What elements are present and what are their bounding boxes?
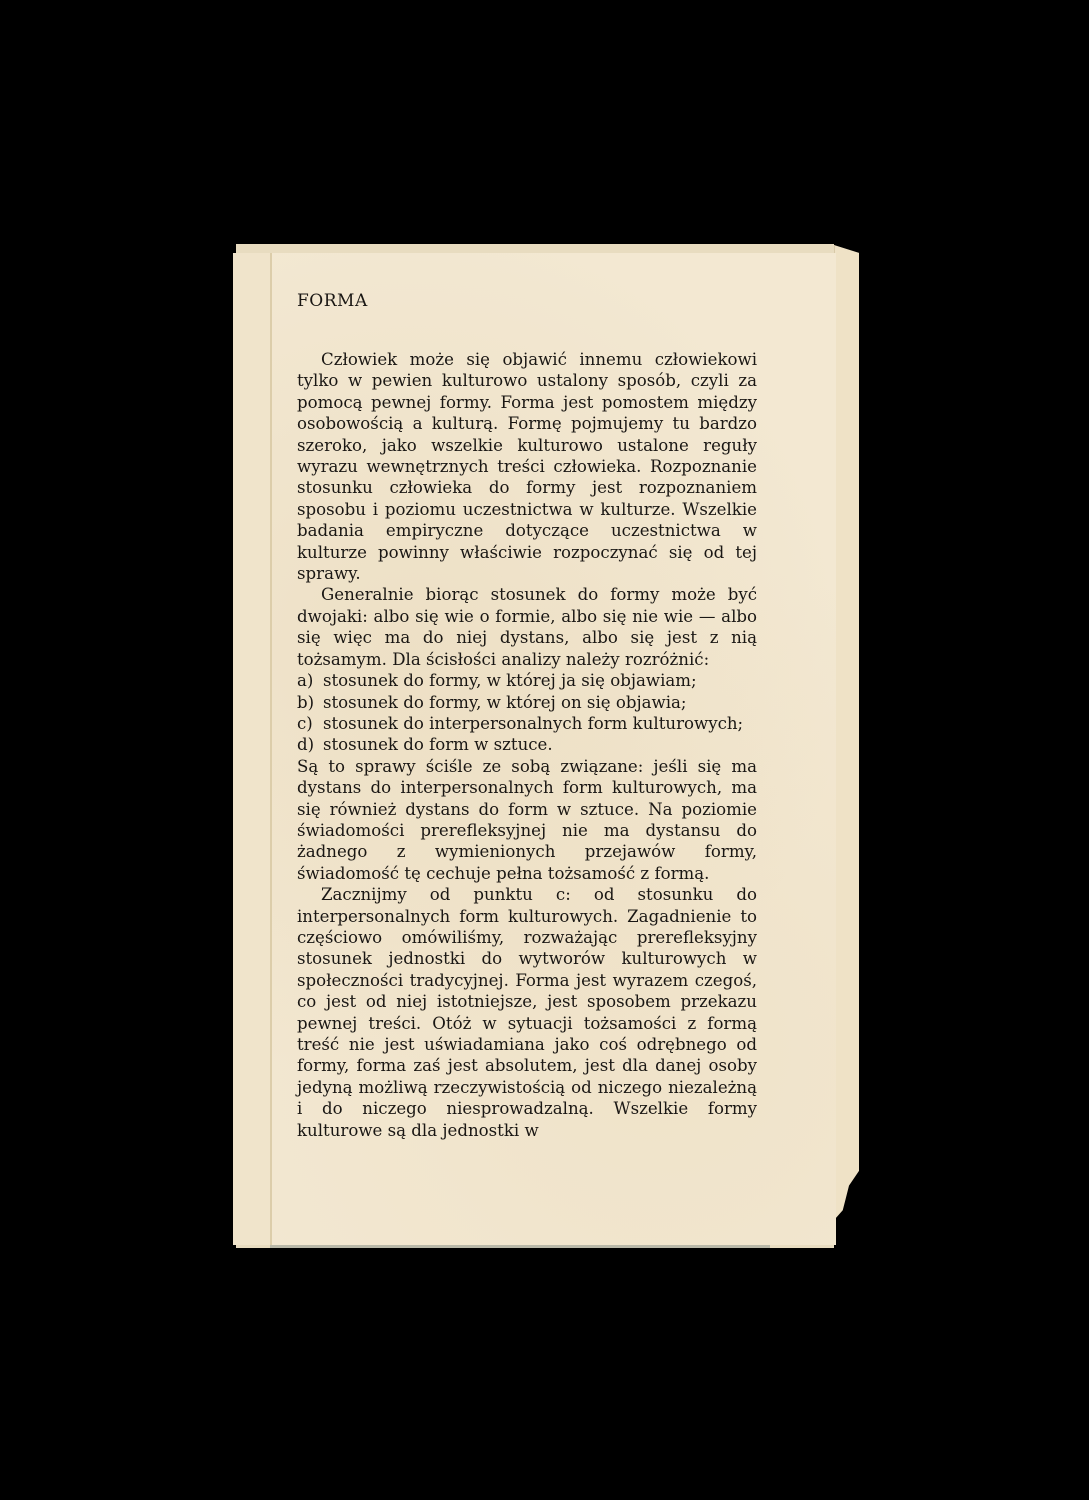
page-content: FORMA Człowiek może się objawić innemu c…	[297, 291, 757, 1141]
list-marker: c)	[297, 713, 323, 734]
list-marker: a)	[297, 670, 323, 691]
fold-strip	[233, 253, 272, 1245]
list-item-text: stosunek do formy, w której ja się objaw…	[323, 670, 757, 691]
paragraph-2: Generalnie biorąc stosunek do formy może…	[297, 584, 757, 670]
list-item-text: stosunek do interpersonalnych form kultu…	[323, 713, 757, 734]
list-item-text: stosunek do formy, w której on się objaw…	[323, 692, 757, 713]
list-marker: d)	[297, 734, 323, 755]
list-item: c) stosunek do interpersonalnych form ku…	[297, 713, 757, 734]
list-item: a) stosunek do formy, w której ja się ob…	[297, 670, 757, 691]
right-page-flap	[834, 245, 859, 1230]
list-item-text: stosunek do form w sztuce.	[323, 734, 757, 755]
paragraph-final: Zacznijmy od punktu c: od stosunku do in…	[297, 884, 757, 1141]
page-heading: FORMA	[297, 291, 757, 311]
list-item: b) stosunek do formy, w której on się ob…	[297, 692, 757, 713]
list-item: d) stosunek do form w sztuce.	[297, 734, 757, 755]
paragraph-1: Człowiek może się objawić innemu człowie…	[297, 349, 757, 584]
book-page: FORMA Człowiek może się objawić innemu c…	[233, 253, 836, 1245]
distinction-list: a) stosunek do formy, w której ja się ob…	[297, 670, 757, 756]
paragraph-after-list: Są to sprawy ściśle ze sobą związane: je…	[297, 756, 757, 884]
list-marker: b)	[297, 692, 323, 713]
